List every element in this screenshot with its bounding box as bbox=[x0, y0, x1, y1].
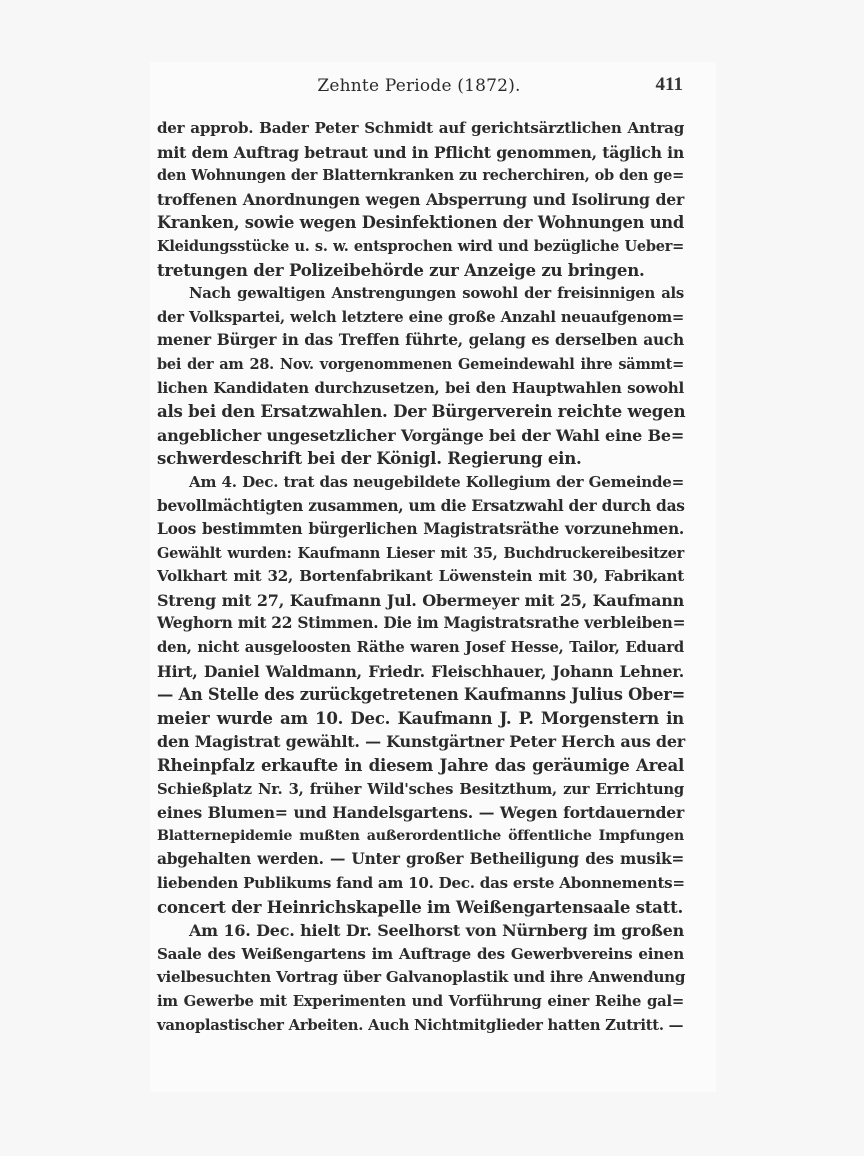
text-line: Am 16. Dec. hielt Dr. Seelhorst von Nürn… bbox=[157, 919, 684, 943]
text-line: angeblicher ungesetzlicher Vorgänge bei … bbox=[157, 424, 684, 448]
text-line: troffenen Anordnungen wegen Absperrung u… bbox=[157, 188, 684, 212]
text-line: den Magistrat gewählt. — Kunstgärtner Pe… bbox=[157, 730, 684, 754]
text-line: Gewählt wurden: Kaufmann Lieser mit 35, … bbox=[157, 542, 684, 566]
text-line: den, nicht ausgeloosten Räthe waren Jose… bbox=[157, 636, 684, 660]
text-line: bevollmächtigten zusammen, um die Ersatz… bbox=[157, 495, 684, 519]
text-line: Rheinpfalz erkaufte in diesem Jahre das … bbox=[157, 754, 684, 778]
text-line: Weghorn mit 22 Stimmen. Die im Magistrat… bbox=[157, 612, 684, 636]
text-line: Volkhart mit 32, Bortenfabrikant Löwenst… bbox=[157, 565, 684, 589]
text-line: lichen Kandidaten durchzusetzen, bei den… bbox=[157, 377, 684, 401]
text-line: Am 4. Dec. trat das neugebildete Kollegi… bbox=[157, 471, 684, 495]
text-line: bei der am 28. Nov. vorgenommenen Gemein… bbox=[157, 353, 684, 377]
text-line: eines Blumen= und Handelsgartens. — Wege… bbox=[157, 801, 684, 825]
page-number: 411 bbox=[656, 74, 683, 96]
text-line: mit dem Auftrag betraut und in Pflicht g… bbox=[157, 141, 684, 165]
text-line: mener Bürger in das Treffen führte, gela… bbox=[157, 329, 684, 353]
text-line: concert der Heinrichskapelle im Weißenga… bbox=[157, 896, 684, 920]
text-line: meier wurde am 10. Dec. Kaufmann J. P. M… bbox=[157, 707, 684, 731]
text-line: Nach gewaltigen Anstrengungen sowohl der… bbox=[157, 282, 684, 306]
text-line: — An Stelle des zurückgetretenen Kaufman… bbox=[157, 683, 684, 707]
text-line: Kleidungsstücke u. s. w. entsprochen wir… bbox=[157, 235, 684, 259]
text-line: schwerdeschrift bei der Königl. Regierun… bbox=[157, 447, 684, 471]
text-line: Blatternepidemie mußten außerordentliche… bbox=[157, 825, 684, 849]
text-line: der approb. Bader Peter Schmidt auf geri… bbox=[157, 117, 684, 141]
text-line: im Gewerbe mit Experimenten und Vorführu… bbox=[157, 990, 684, 1014]
text-line: abgehalten werden. — Unter großer Bethei… bbox=[157, 848, 684, 872]
text-line: Kranken, sowie wegen Desinfektionen der … bbox=[157, 211, 684, 235]
text-line: liebenden Publikums fand am 10. Dec. das… bbox=[157, 872, 684, 896]
text-line: als bei den Ersatzwahlen. Der Bürgervere… bbox=[157, 400, 684, 424]
running-head: Zehnte Periode (1872). 411 bbox=[155, 74, 683, 100]
text-line: den Wohnungen der Blatternkranken zu rec… bbox=[157, 164, 684, 188]
text-line: Streng mit 27, Kaufmann Jul. Obermeyer m… bbox=[157, 589, 684, 613]
text-line: Saale des Weißengartens im Auftrage des … bbox=[157, 943, 684, 967]
text-line: Hirt, Daniel Waldmann, Friedr. Fleischha… bbox=[157, 660, 684, 684]
text-line: Loos bestimmten bürgerlichen Magistratsr… bbox=[157, 518, 684, 542]
text-line: Schießplatz Nr. 3, früher Wild'sches Bes… bbox=[157, 778, 684, 802]
running-title: Zehnte Periode (1872). bbox=[155, 76, 683, 96]
text-line: vielbesuchten Vortrag über Galvanoplasti… bbox=[157, 966, 684, 990]
body-text: der approb. Bader Peter Schmidt auf geri… bbox=[157, 117, 684, 1037]
text-line: vanoplastischer Arbeiten. Auch Nichtmitg… bbox=[157, 1014, 684, 1038]
text-line: tretungen der Polizeibehörde zur Anzeige… bbox=[157, 259, 684, 283]
text-line: der Volkspartei, welch letztere eine gro… bbox=[157, 306, 684, 330]
